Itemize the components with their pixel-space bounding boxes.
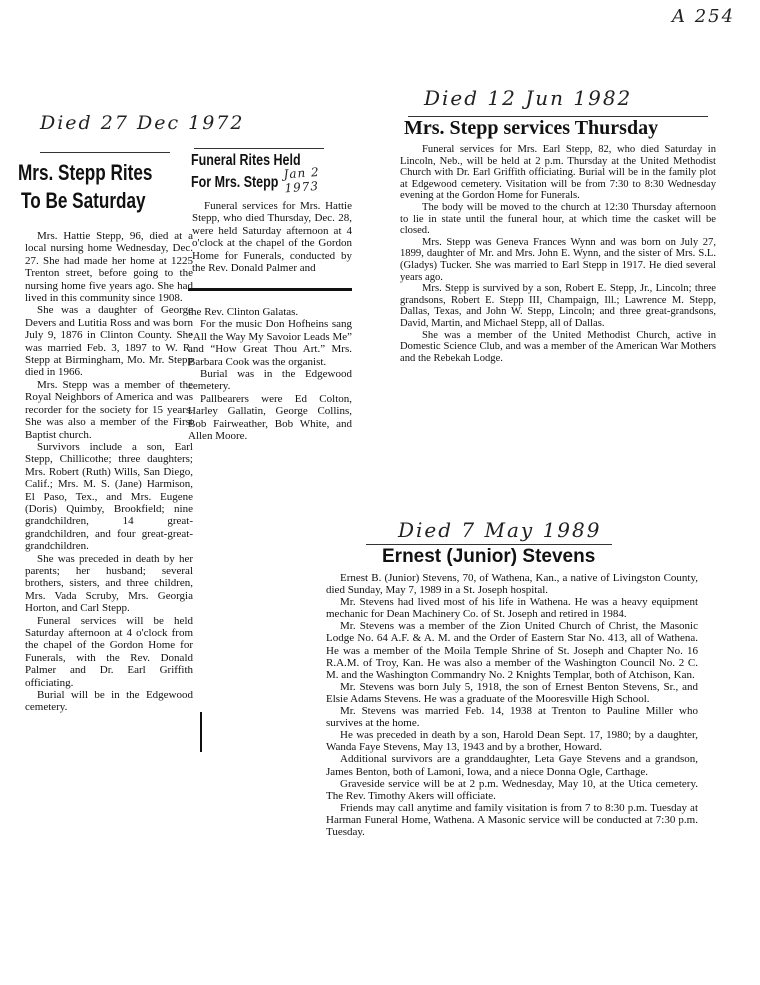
paragraph: She was a member of the United Methodist… <box>400 330 716 365</box>
paragraph: Mr. Stevens had lived most of his life i… <box>326 596 698 620</box>
paragraph: Funeral services for Mrs. Earl Stepp, 82… <box>400 144 716 202</box>
paragraph: Additional survivors are a granddaughter… <box>326 753 698 777</box>
paragraph: Mrs. Stepp was a member of the Royal Nei… <box>25 379 193 441</box>
handwritten-date: Died 7 May 1989 <box>398 518 601 542</box>
paragraph: Funeral services will be held Saturday a… <box>25 615 193 689</box>
paragraph: Ernest B. (Junior) Stevens, 70, of Wathe… <box>326 572 698 596</box>
clip-edge-mark <box>200 712 202 752</box>
headline: Ernest (Junior) Stevens <box>382 546 595 568</box>
divider <box>40 152 170 153</box>
divider <box>366 544 612 545</box>
paragraph: Mr. Stevens was married Feb. 14, 1938 at… <box>326 705 698 729</box>
handwritten-date: Died 12 Jun 1982 <box>424 86 632 110</box>
page-label: A 254 <box>672 6 735 27</box>
handwritten-date: Died 27 Dec 1972 <box>40 112 244 134</box>
clipping-border <box>188 288 352 291</box>
article-body: Ernest B. (Junior) Stevens, 70, of Wathe… <box>326 572 698 838</box>
article-body: Funeral services for Mrs. Earl Stepp, 82… <box>400 144 716 364</box>
paragraph: Mr. Stevens was a member of the Zion Uni… <box>326 620 698 680</box>
handwritten-date: Jan 2 1973 <box>283 165 325 196</box>
paragraph: Mrs. Stepp is survived by a son, Robert … <box>400 283 716 329</box>
paragraph: She was a daughter of George Devers and … <box>25 304 193 378</box>
paragraph: Graveside service will be at 2 p.m. Wedn… <box>326 778 698 802</box>
article-body-top: Funeral services for Mrs. Hattie Stepp, … <box>192 200 352 274</box>
paragraph: She was preceded in death by her parents… <box>25 553 193 615</box>
article-body-bottom: the Rev. Clinton Galatas. For the music … <box>188 306 352 442</box>
paragraph: Funeral services for Mrs. Hattie Stepp, … <box>192 200 352 274</box>
headline: For Mrs. Stepp <box>191 174 278 192</box>
divider <box>194 148 324 149</box>
paragraph: Survivors include a son, Earl Stepp, Chi… <box>25 441 193 553</box>
paragraph: Mrs. Stepp was Geneva Frances Wynn and w… <box>400 237 716 283</box>
paragraph: Burial will be in the Edgewood cemetery. <box>25 689 193 714</box>
paragraph: The body will be moved to the church at … <box>400 202 716 237</box>
paragraph: Pallbearers were Ed Colton, Harley Galla… <box>188 393 352 443</box>
paragraph: For the music Don Hofheins sang “All the… <box>188 318 352 368</box>
headline: Mrs. Stepp services Thursday <box>404 117 658 140</box>
paragraph: He was preceded in death by a son, Harol… <box>326 729 698 753</box>
headline: To Be Saturday <box>21 188 146 214</box>
paragraph: Friends may call anytime and family visi… <box>326 802 698 838</box>
paragraph: the Rev. Clinton Galatas. <box>188 306 352 318</box>
paragraph: Mrs. Hattie Stepp, 96, died at a local n… <box>25 230 193 304</box>
headline: Mrs. Stepp Rites <box>18 160 152 186</box>
paragraph: Burial was in the Edgewood cemetery. <box>188 368 352 393</box>
article-body: Mrs. Hattie Stepp, 96, died at a local n… <box>25 230 193 714</box>
paragraph: Mr. Stevens was born July 5, 1918, the s… <box>326 681 698 705</box>
